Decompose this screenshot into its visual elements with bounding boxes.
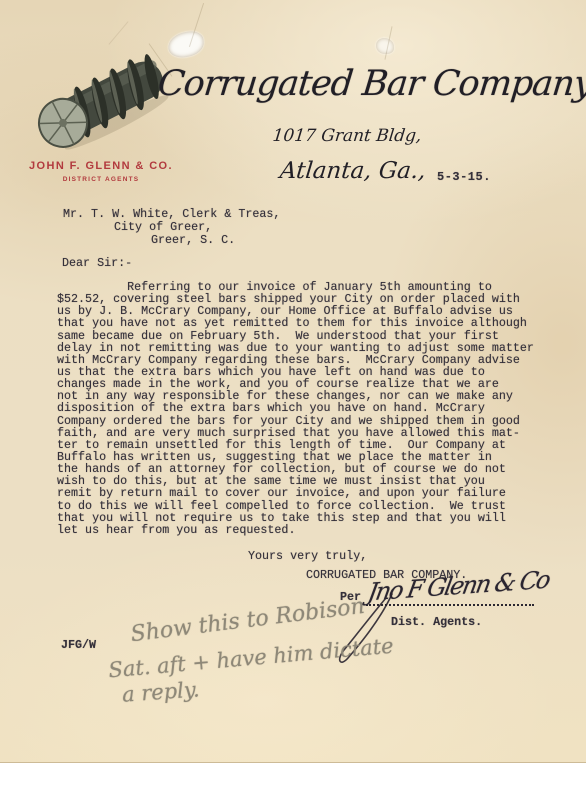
body-line: same became due on February 5th. We unde…	[57, 330, 534, 342]
letter-date: 5-3-15.	[437, 170, 491, 184]
body-line: disposition of the extra bars which you …	[57, 402, 534, 414]
scanned-letter-paper: Corrugated Bar Company 1017 Grant Bldg, …	[0, 0, 586, 763]
signer-title: Dist. Agents.	[391, 615, 482, 629]
body-line: Company ordered the bars for your City a…	[57, 415, 534, 427]
body-line: let us hear from you as requested.	[57, 524, 534, 536]
body-line: remit by return mail to cover our invoic…	[57, 487, 534, 499]
reference-initials: JFG/W	[61, 638, 96, 652]
agent-subtitle: DISTRICT AGENTS	[28, 176, 174, 183]
company-name-script: Corrugated Bar Company	[156, 64, 552, 104]
recipient-line-3: Greer, S. C.	[151, 233, 235, 247]
valediction: Yours very truly,	[248, 549, 367, 563]
pencil-note-line-3: a reply.	[121, 677, 200, 706]
letter-body: Referring to our invoice of January 5th …	[57, 281, 534, 536]
body-line: to do this we will feel compelled to for…	[57, 500, 534, 512]
city-script: Atlanta, Ga.,	[279, 158, 427, 184]
body-line: that you will not require us to take thi…	[57, 512, 534, 524]
recipient-line-2: City of Greer,	[114, 220, 212, 234]
body-line: that you have not as yet remitted to the…	[57, 317, 534, 329]
agent-name: JOHN F. GLENN & CO.	[28, 160, 174, 172]
company-address-script: 1017 Grant Bldg,	[231, 126, 463, 146]
salutation: Dear Sir:-	[62, 256, 132, 270]
district-agent-block: JOHN F. GLENN & CO. DISTRICT AGENTS	[28, 160, 174, 183]
body-line: faith, and are very much surprised that …	[57, 427, 534, 439]
recipient-line-1: Mr. T. W. White, Clerk & Treas,	[63, 207, 280, 221]
